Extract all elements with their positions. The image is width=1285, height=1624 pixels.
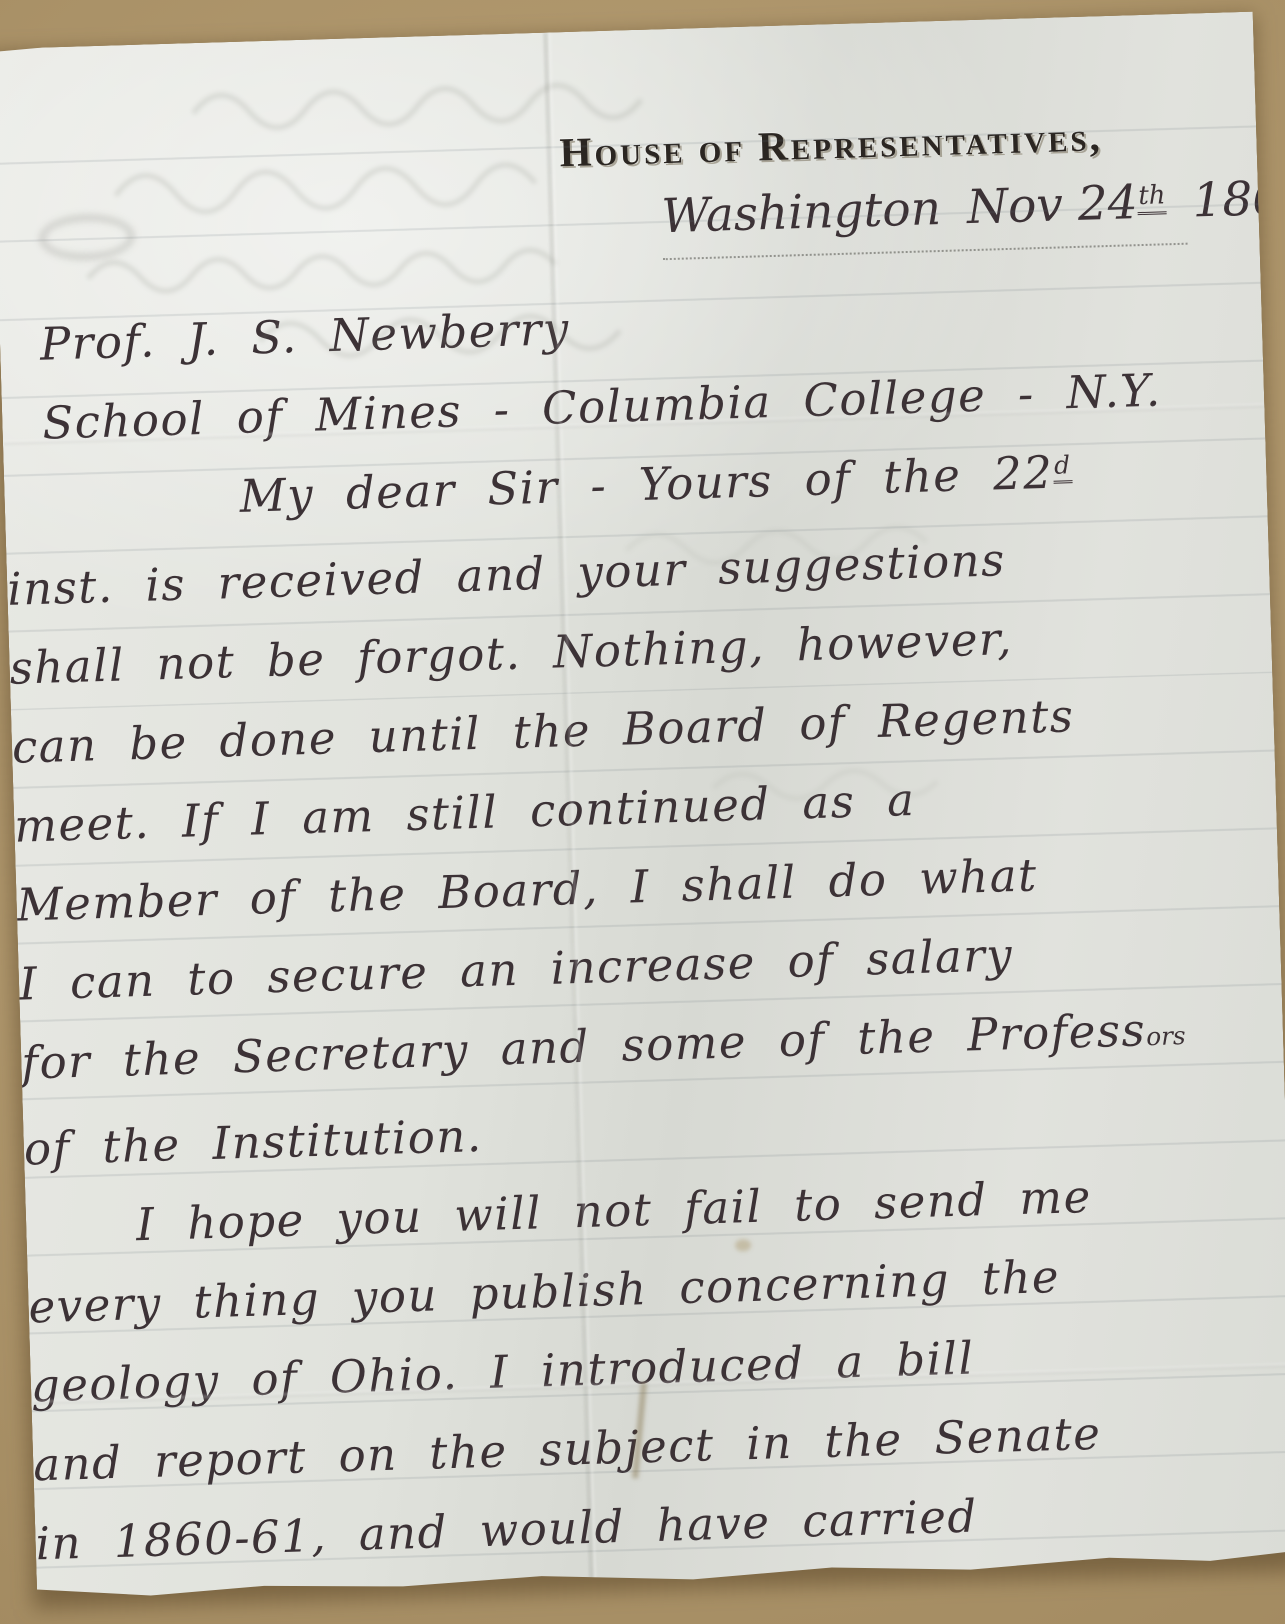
superscript-ordinal: d xyxy=(1053,451,1073,485)
dateline-ordinal: th xyxy=(1137,180,1167,215)
line-text: My dear Sir - Yours of the 22 xyxy=(239,446,1054,523)
dateline: WashingtonNov 24th1869 xyxy=(661,172,1188,261)
dateline-gap xyxy=(941,223,967,224)
line-text: geology of Ohio. I introduced a bill xyxy=(30,1331,975,1412)
line-text: in 1860-61, and would have carried xyxy=(35,1489,979,1570)
line-text: meet. If I am still continued as a xyxy=(14,773,917,853)
stamp-smudge xyxy=(38,213,135,262)
letterhead-title: House of Representatives, xyxy=(559,112,1103,176)
scene: House of Representatives, WashingtonNov … xyxy=(0,0,1285,1624)
photo-canvas: { "letter": { "letterhead_title": "House… xyxy=(0,0,1285,1624)
line-text: ors xyxy=(1146,1021,1186,1051)
letter-paper: House of Representatives, WashingtonNov … xyxy=(0,12,1285,1601)
dateline-date: Nov 24 xyxy=(966,175,1138,235)
line-text: of the Institution. xyxy=(23,1109,483,1176)
dateline-gap2 xyxy=(1167,216,1193,217)
dateline-year: 1869 xyxy=(1192,170,1285,229)
dateline-place: Washington xyxy=(661,181,942,244)
line-text: I hope you will not fail to send me xyxy=(135,1170,1092,1251)
